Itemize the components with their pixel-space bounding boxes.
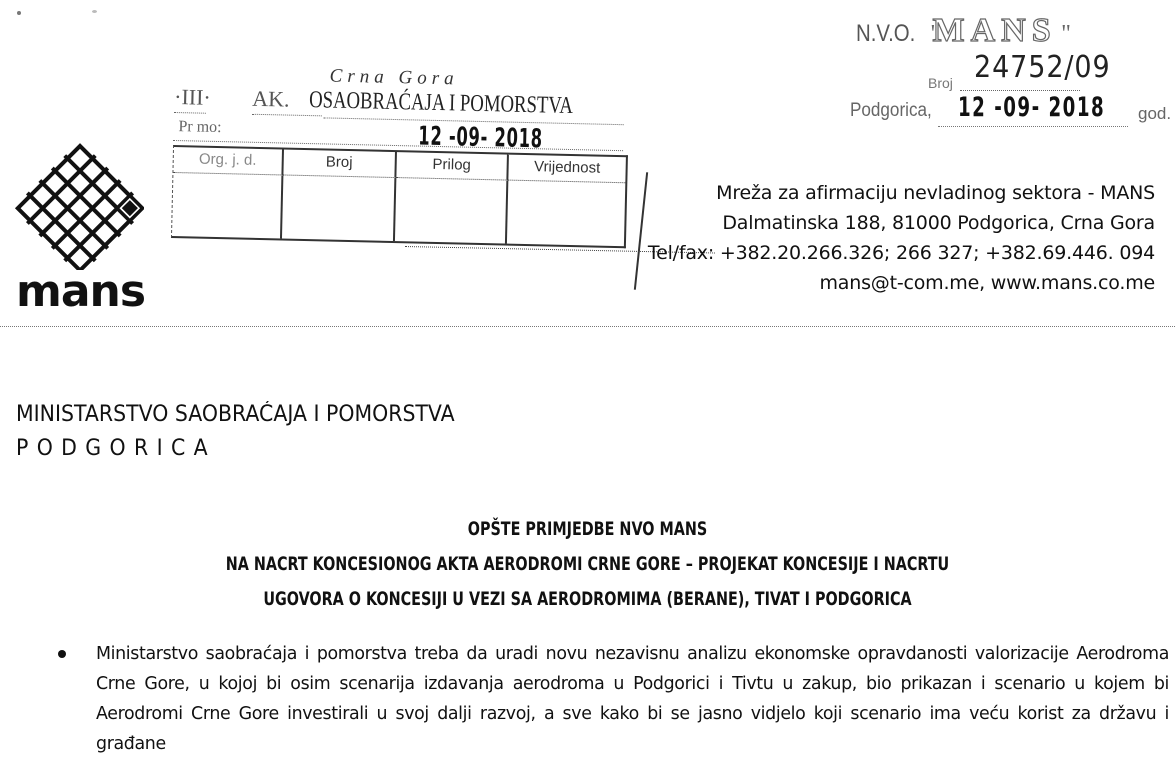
document-title: OPŠTE PRIMJEDBE NVO MANS NA NACRT KONCES… <box>0 512 1175 617</box>
addressee-city: PODGORICA <box>16 432 455 466</box>
addressee-institution: MINISTARSTVO SAOBRAĆAJA I POMORSTVA <box>16 398 455 432</box>
stamp-col-org: Org. j. d. <box>173 147 284 175</box>
stamp-col-broj: Broj <box>283 149 397 178</box>
stamp-cell <box>395 178 508 244</box>
nvo-date-line <box>938 126 1128 127</box>
nvo-received-stamp: N.V.O. " MANS " 24752/09 Broj Podgorica,… <box>856 8 1171 128</box>
nvo-quote: " <box>1061 21 1071 47</box>
stamp-col-vrijednost: Vrijednost <box>508 155 626 184</box>
bullet-icon <box>58 650 66 658</box>
stamp-ministry: OSAOBRAĆAJA I POMORSTVA <box>309 87 573 120</box>
nvo-broj-value: 24752/09 <box>974 50 1111 85</box>
addressee: MINISTARSTVO SAOBRAĆAJA I POMORSTVA PODG… <box>16 398 455 466</box>
nvo-name: MANS <box>933 12 1057 49</box>
list-item-text: Ministarstvo saobraćaja i pomorstva treb… <box>96 639 1169 759</box>
stamp-table: Org. j. d. Broj Prilog Vrijednost <box>171 145 628 248</box>
nvo-stamp-title: N.V.O. " MANS " <box>856 12 1071 50</box>
org-contact: mans@t-com.me, www.mans.co.me <box>648 268 1155 298</box>
title-line: OPŠTE PRIMJEDBE NVO MANS <box>94 512 1081 547</box>
stamp-ministry-prefix: O <box>309 87 323 113</box>
nvo-year-suffix: god. <box>1138 104 1171 124</box>
nvo-broj-label: Broj <box>928 75 953 91</box>
list-item: Ministarstvo saobraćaja i pomorstva treb… <box>56 639 1169 759</box>
registry-stamp: Crna Gora ·III· AK. OSAOBRAĆAJA I POMORS… <box>171 60 645 256</box>
scan-speck <box>17 11 21 15</box>
nvo-place-label: Podgorica, <box>850 100 932 122</box>
stamp-fragment: AK. <box>252 86 290 113</box>
title-line: UGOVORA O KONCESIJI U VEZI SA AERODROMIM… <box>94 582 1081 617</box>
logo-wordmark: mans <box>16 270 145 314</box>
remarks-list: Ministarstvo saobraćaja i pomorstva treb… <box>56 639 1169 759</box>
header-separator <box>0 326 1175 327</box>
org-phone: Tel/fax: +382.20.266.326; 266 327; +382.… <box>648 238 1155 268</box>
grid-diamond-icon <box>14 140 144 270</box>
nvo-date: 12 -09- 2018 <box>958 92 1105 123</box>
mans-logo: mans <box>14 140 144 310</box>
title-line: NA NACRT KONCESIONOG AKTA AERODROMI CRNE… <box>94 547 1081 582</box>
organization-info: Mreža za afirmaciju nevladinog sektora -… <box>648 178 1155 298</box>
stamp-divider <box>174 112 206 114</box>
stamp-col-prilog: Prilog <box>396 152 509 181</box>
nvo-broj-line <box>960 90 1080 91</box>
scan-speck <box>92 10 97 13</box>
org-address: Dalmatinska 188, 81000 Podgorica, Crna G… <box>648 208 1155 238</box>
stamp-divider <box>252 114 322 117</box>
stamp-received-label: Pr mo: <box>178 118 222 137</box>
stamp-fragment: ·III· <box>174 84 211 111</box>
stamp-received-date: 12 -09- 2018 <box>418 122 543 155</box>
stamp-ministry-line: ·III· AK. OSAOBRAĆAJA I POMORSTVA <box>174 84 648 122</box>
stamp-cell <box>507 181 625 247</box>
stamp-cell <box>172 173 283 238</box>
stamp-country: Crna Gora <box>329 66 458 91</box>
stamp-ministry-name: SAOBRAĆAJA I POMORSTVA <box>322 87 573 119</box>
nvo-label: N.V.O. <box>856 20 915 48</box>
stamp-cell <box>282 175 396 241</box>
org-name: Mreža za afirmaciju nevladinog sektora -… <box>648 178 1155 208</box>
